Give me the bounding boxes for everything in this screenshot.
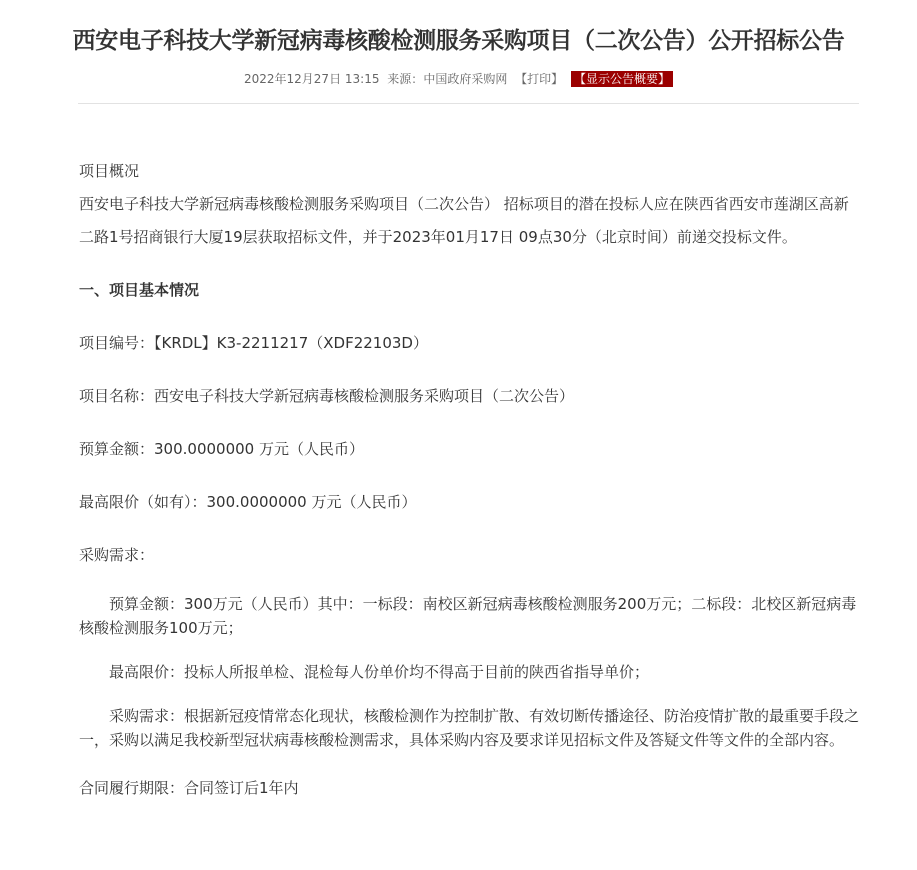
project-name: 项目名称：西安电子科技大学新冠病毒核酸检测服务采购项目（二次公告） (79, 380, 859, 413)
article-meta: 2022年12月27日 13:15 来源：中国政府采购网 【打印】 【显示公告概… (0, 70, 917, 88)
publish-datetime: 2022年12月27日 13:15 (244, 72, 379, 86)
requirements-demand: 采购需求：根据新冠疫情常态化现状，核酸检测作为控制扩散、有效切断传播途径、防治疫… (79, 704, 859, 752)
show-summary-button[interactable]: 【显示公告概要】 (571, 71, 673, 87)
overview-text: 西安电子科技大学新冠病毒核酸检测服务采购项目（二次公告） 招标项目的潜在投标人应… (79, 188, 859, 254)
contract-period: 合同履行期限：合同签订后1年内 (79, 772, 859, 805)
overview-heading: 项目概况 (79, 155, 859, 188)
requirements-label: 采购需求： (79, 539, 859, 572)
article-body: 项目概况 西安电子科技大学新冠病毒核酸检测服务采购项目（二次公告） 招标项目的潜… (79, 155, 859, 805)
page-title: 西安电子科技大学新冠病毒核酸检测服务采购项目（二次公告）公开招标公告 (0, 23, 917, 59)
requirements-max-price: 最高限价：投标人所报单检、混检每人份单价均不得高于目前的陕西省指导单价； (79, 660, 859, 684)
project-number: 项目编号：【KRDL】K3-2211217（XDF22103D） (79, 327, 859, 360)
source-name: 中国政府采购网 (423, 72, 507, 86)
print-link[interactable]: 【打印】 (515, 72, 563, 86)
max-price: 最高限价（如有）：300.0000000 万元（人民币） (79, 486, 859, 519)
divider (78, 103, 859, 104)
budget-amount: 预算金额：300.0000000 万元（人民币） (79, 433, 859, 466)
section-heading-basic-info: 一、项目基本情况 (79, 274, 859, 307)
source-label: 来源： (387, 72, 423, 86)
requirements-budget: 预算金额：300万元（人民币）其中：一标段：南校区新冠病毒核酸检测服务200万元… (79, 592, 859, 640)
